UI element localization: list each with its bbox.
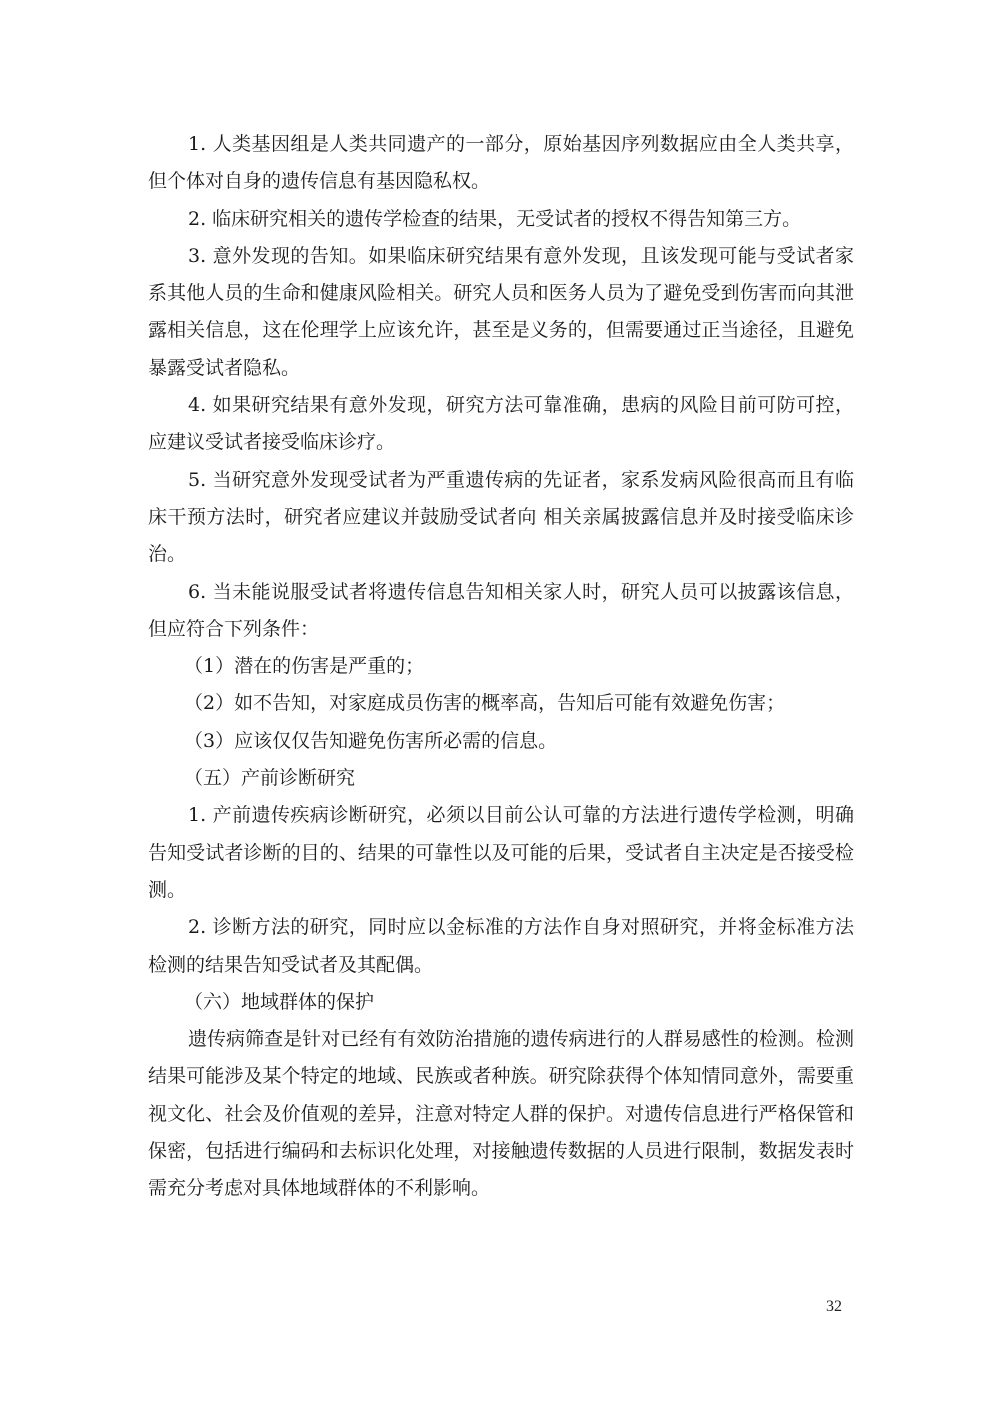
paragraph-genome-shared: 1. 人类基因组是人类共同遗产的一部分，原始基因序列数据应由全人类共享，但个体对… (148, 126, 854, 201)
paragraph-regional-protection: 遗传病筛查是针对已经有有效防治措施的遗传病进行的人群易感性的检测。检测结果可能涉… (148, 1021, 854, 1207)
document-body: 1. 人类基因组是人类共同遗产的一部分，原始基因序列数据应由全人类共享，但个体对… (148, 126, 854, 1208)
paragraph-disclosure-conditions: 6. 当未能说服受试者将遗传信息告知相关家人时，研究人员可以披露该信息，但应符合… (148, 574, 854, 649)
paragraph-proband-disclosure: 5. 当研究意外发现受试者为严重遗传病的先证者，家系发病风险很高而且有临床干预方… (148, 462, 854, 574)
section-heading-prenatal: （五）产前诊断研究 (148, 760, 854, 797)
condition-item-1: （1）潜在的伤害是严重的； (148, 648, 854, 685)
condition-item-3: （3）应该仅仅告知避免伤害所必需的信息。 (148, 723, 854, 760)
paragraph-third-party: 2. 临床研究相关的遗传学检查的结果，无受试者的授权不得告知第三方。 (148, 201, 854, 238)
section-heading-regional: （六）地域群体的保护 (148, 984, 854, 1021)
page-number: 32 (826, 1298, 842, 1316)
paragraph-clinical-referral: 4. 如果研究结果有意外发现，研究方法可靠准确，患病的风险目前可防可控，应建议受… (148, 387, 854, 462)
paragraph-prenatal-2: 2. 诊断方法的研究，同时应以金标准的方法作自身对照研究，并将金标准方法检测的结… (148, 909, 854, 984)
condition-item-2: （2）如不告知，对家庭成员伤害的概率高，告知后可能有效避免伤害； (148, 685, 854, 722)
paragraph-incidental-findings: 3. 意外发现的告知。如果临床研究结果有意外发现，且该发现可能与受试者家系其他人… (148, 238, 854, 387)
paragraph-prenatal-1: 1. 产前遗传疾病诊断研究，必须以目前公认可靠的方法进行遗传学检测，明确告知受试… (148, 797, 854, 909)
